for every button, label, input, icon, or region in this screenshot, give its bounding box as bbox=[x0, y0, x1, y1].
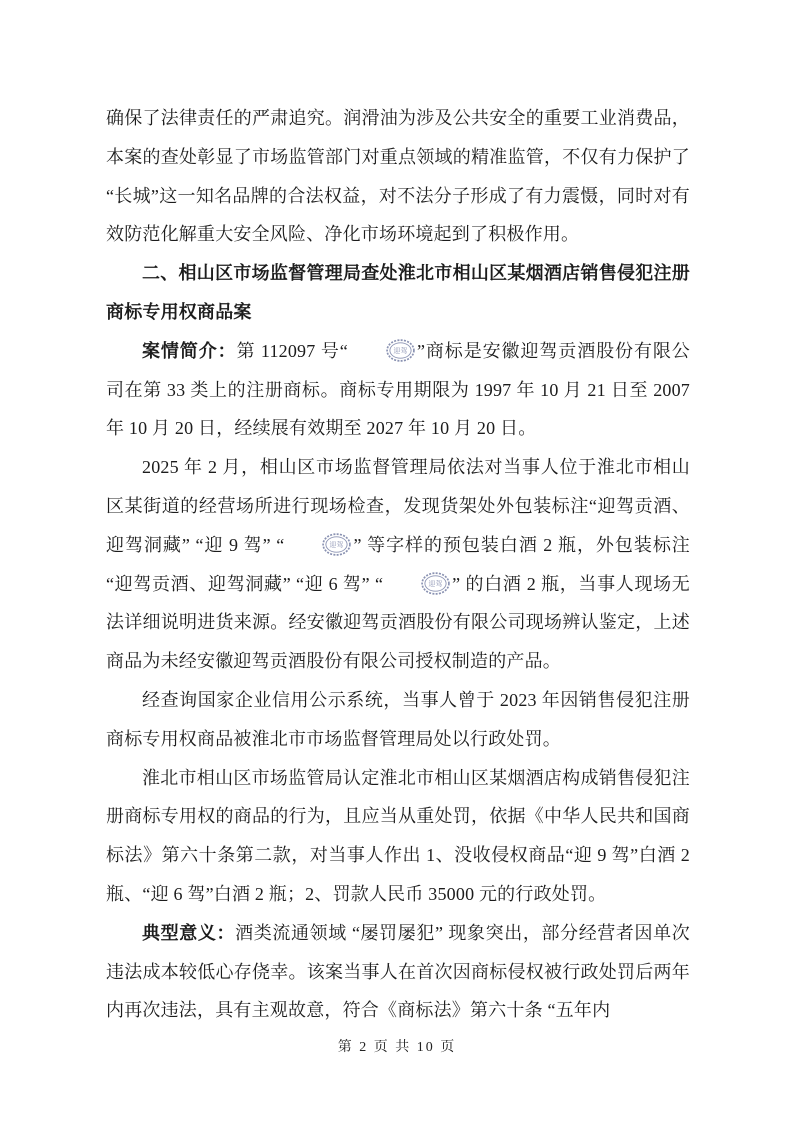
yingjia-trademark-seal-icon: 迎驾 bbox=[350, 339, 415, 362]
svg-text:迎驾: 迎驾 bbox=[393, 346, 407, 355]
page-footer: 第 2 页 共 10 页 bbox=[0, 1036, 794, 1056]
paragraph: 经查询国家企业信用公示系统，当事人曾于 2023 年因销售侵犯注册商标专用权商品… bbox=[106, 681, 690, 759]
run-text: 经查询国家企业信用公示系统，当事人曾于 2023 年因销售侵犯注册商标专用权商品… bbox=[106, 690, 690, 749]
svg-text:迎驾: 迎驾 bbox=[429, 579, 443, 588]
paragraph: 确保了法律责任的严肃追究。润滑油为涉及公共安全的重要工业消费品，本案的查处彰显了… bbox=[106, 99, 690, 254]
run-text: 第 112097 号“ bbox=[237, 341, 348, 361]
yingjia-trademark-seal-icon: 迎驾 bbox=[385, 572, 450, 595]
run-text: 确保了法律责任的严肃追究。润滑油为涉及公共安全的重要工业消费品，本案的查处彰显了… bbox=[106, 108, 690, 244]
document-body: 确保了法律责任的严肃追究。润滑油为涉及公共安全的重要工业消费品，本案的查处彰显了… bbox=[106, 99, 690, 1030]
page-number-label: 第 2 页 共 10 页 bbox=[338, 1040, 457, 1055]
paragraph: 2025 年 2 月，相山区市场监督管理局依法对当事人位于淮北市相山区某街道的经… bbox=[106, 448, 690, 681]
yingjia-trademark-seal-icon: 迎驾 bbox=[286, 533, 351, 556]
paragraph: 淮北市相山区市场监管局认定淮北市相山区某烟酒店构成销售侵犯注册商标专用权的商品的… bbox=[106, 759, 690, 914]
run-text: 二、相山区市场监督管理局查处淮北市相山区某烟酒店销售侵犯注册商标专用权商品案 bbox=[106, 263, 690, 322]
section-heading: 二、相山区市场监督管理局查处淮北市相山区某烟酒店销售侵犯注册商标专用权商品案 bbox=[106, 254, 690, 332]
paragraph: 典型意义：酒类流通领域 “屡罚屡犯” 现象突出，部分经营者因单次违法成本较低心存… bbox=[106, 914, 690, 1030]
run-bold-label: 案情简介： bbox=[142, 341, 237, 361]
paragraph: 案情简介：第 112097 号“ 迎驾 ”商标是安徽迎驾贡酒股份有限公司在第 3… bbox=[106, 332, 690, 448]
svg-text:迎驾: 迎驾 bbox=[330, 540, 344, 549]
document-page: 确保了法律责任的严肃追究。润滑油为涉及公共安全的重要工业消费品，本案的查处彰显了… bbox=[0, 0, 794, 1122]
run-text: 淮北市相山区市场监管局认定淮北市相山区某烟酒店构成销售侵犯注册商标专用权的商品的… bbox=[106, 768, 690, 904]
run-bold-label: 典型意义： bbox=[142, 923, 235, 943]
